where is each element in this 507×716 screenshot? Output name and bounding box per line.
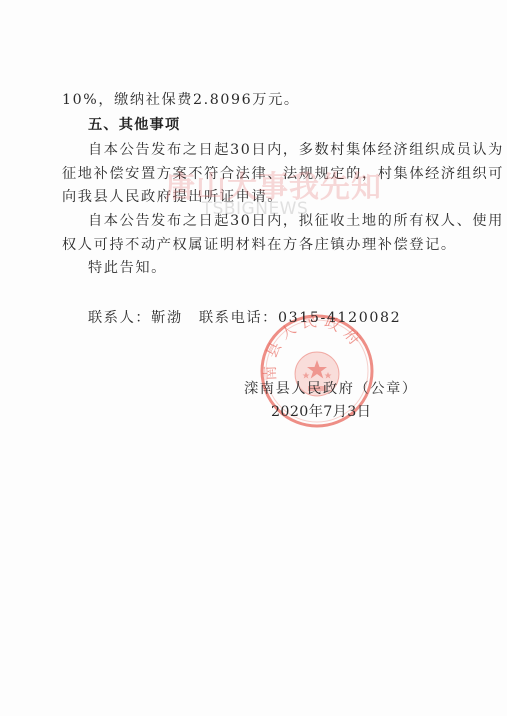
paragraph-line: 权人可持不动产权属证明材料在方各庄镇办理补偿登记。 (62, 236, 457, 254)
paragraph-line: 10%，缴纳社保费2.8096万元。 (62, 91, 300, 109)
issuer-signature: 滦南县人民政府（公章） (244, 380, 418, 398)
paragraph-line: 征地补偿安置方案不符合法律、法规规定的，村集体经济组织可 (62, 165, 504, 183)
closing-line: 特此告知。 (88, 259, 167, 277)
document-page: 10%，缴纳社保费2.8096万元。 五、其他事项 自本公告发布之日起30日内，… (0, 0, 507, 716)
contact-phone: 联系电话：0315-4120082 (199, 309, 401, 327)
section-heading: 五、其他事项 (88, 116, 180, 134)
paragraph-line: 自本公告发布之日起30日内，多数村集体经济组织成员认为 (88, 141, 504, 159)
contact-person: 联系人：靳渤 (88, 309, 183, 327)
issue-date: 2020年7月3日 (271, 403, 371, 421)
paragraph-line: 自本公告发布之日起30日内，拟征收土地的所有权人、使用 (88, 212, 504, 230)
paragraph-line: 向我县人民政府提出听证申请。 (62, 188, 283, 206)
